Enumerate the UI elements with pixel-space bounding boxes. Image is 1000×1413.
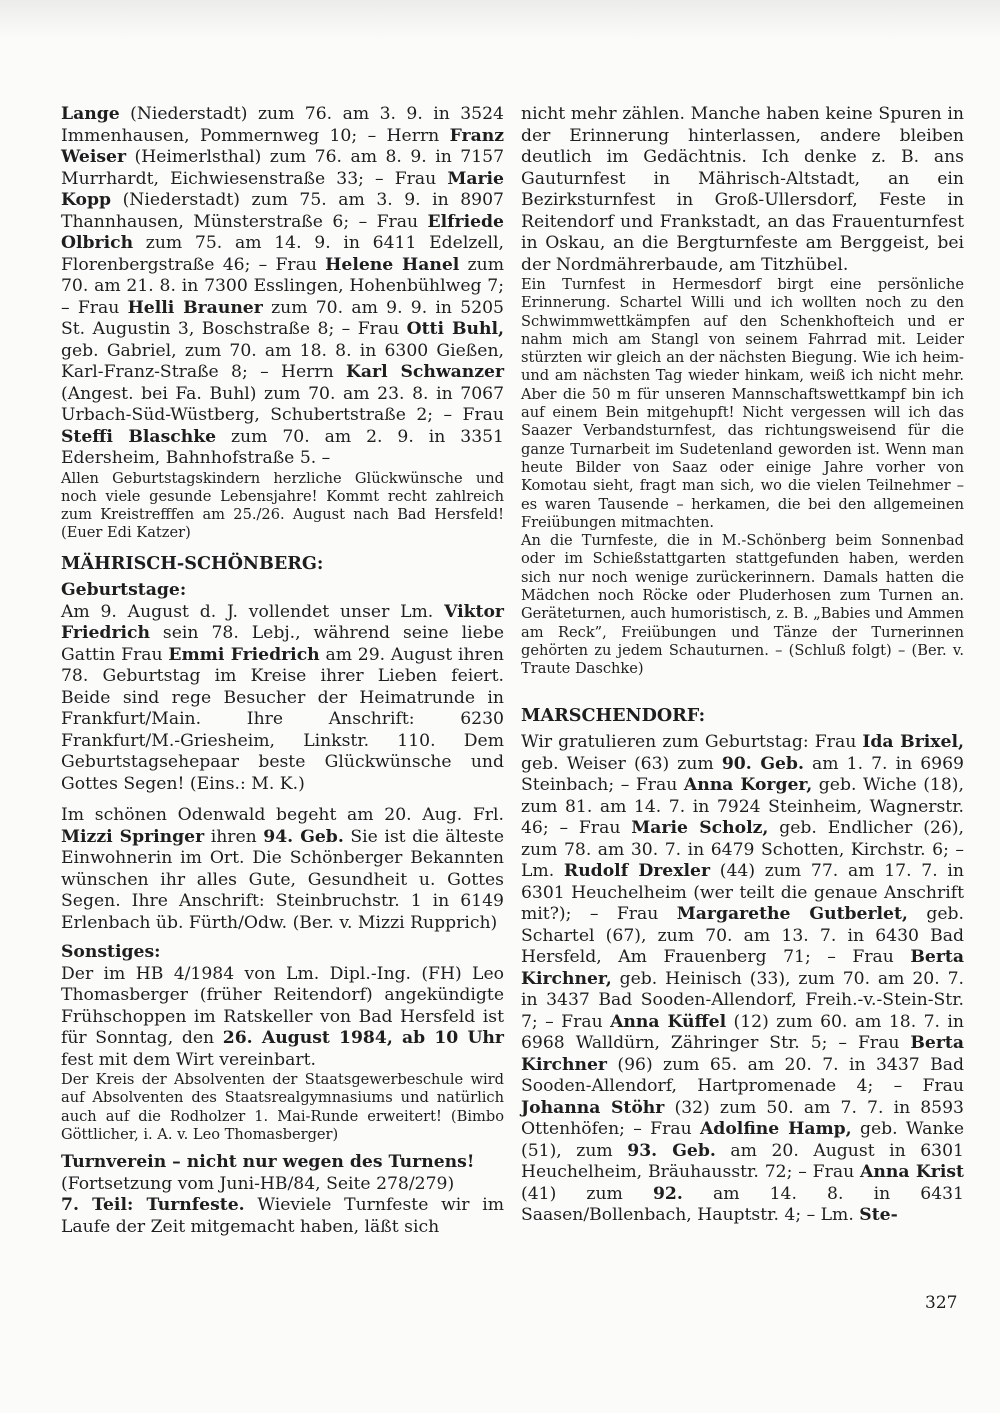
bold-name: 90. Geb. xyxy=(722,754,804,774)
article-title: Turnverein – nicht nur wegen des Turnens… xyxy=(61,1152,504,1174)
bold-name: 94. Geb. xyxy=(263,827,344,847)
bold-name: Helli Brauner xyxy=(128,298,263,318)
text-run: (41) zum xyxy=(521,1184,653,1204)
text-run: Im schönen Odenwald begeht am 20. Aug. F… xyxy=(61,805,504,825)
bold-name: Johanna Stöhr xyxy=(521,1098,664,1118)
text-run: am 29. August ihren 78. Geburtstag im Kr… xyxy=(61,645,504,794)
text-run: geb. Weiser (63) zum xyxy=(521,754,722,774)
right-column: nicht mehr zählen. Manche haben keine Sp… xyxy=(521,104,964,1227)
article-paragraph-start: 7. Teil: Turnfeste. Wieviele Turnfeste w… xyxy=(61,1195,504,1238)
bold-name: Ste- xyxy=(859,1205,897,1225)
bold-name: 92. xyxy=(653,1184,683,1204)
bold-name: 7. Teil: Turnfeste. xyxy=(61,1195,245,1215)
bold-name: Rudolf Drexler xyxy=(564,861,710,881)
bold-name: Anna Korger, xyxy=(684,775,812,795)
article-continuation: nicht mehr zählen. Manche haben keine Sp… xyxy=(521,104,964,276)
bold-name: Margarethe Gutberlet, xyxy=(677,904,908,924)
marschendorf-birthdays: Wir gratulieren zum Geburtstag: Frau Ida… xyxy=(521,732,964,1227)
bold-name: Ida Brixel, xyxy=(862,732,964,752)
page-number: 327 xyxy=(925,1293,957,1313)
text-run: (Niederstadt) zum 76. am 3. 9. in 3524 I… xyxy=(61,104,504,146)
text-run: fest mit dem Wirt vereinbart. xyxy=(61,1050,316,1070)
section-heading-maehrisch-schoenberg: MÄHRISCH-SCHÖNBERG: xyxy=(61,553,504,575)
text-run: Wir gratulieren zum Geburtstag: Frau xyxy=(521,732,862,752)
text-run: ihren xyxy=(204,827,263,847)
bold-name: 26. August 1984, ab 10 Uhr xyxy=(223,1028,504,1048)
article-paragraph-hermesdorf: Ein Turnfest in Hermesdorf birgt eine pe… xyxy=(521,276,964,532)
bold-name: Mizzi Springer xyxy=(61,827,204,847)
bold-name: Anna Krist xyxy=(860,1162,964,1182)
article-paragraph-schoenberg: An die Turnfeste, die in M.-Schönberg be… xyxy=(521,532,964,678)
birthday-paragraph-springer: Im schönen Odenwald begeht am 20. Aug. F… xyxy=(61,805,504,934)
bold-name: Karl Schwanzer xyxy=(346,362,504,382)
bold-name: Lange xyxy=(61,104,120,124)
article-subtitle: (Fortsetzung vom Juni-HB/84, Seite 278/2… xyxy=(61,1174,504,1196)
bold-name: Helene Hanel xyxy=(325,255,459,275)
text-run: (Angest. bei Fa. Buhl) zum 70. am 23. 8.… xyxy=(61,384,504,426)
section-heading-marschendorf: MARSCHENDORF: xyxy=(521,705,964,727)
subheading-misc: Sonstiges: xyxy=(61,942,504,964)
birthday-list-intro: Lange (Niederstadt) zum 76. am 3. 9. in … xyxy=(61,104,504,470)
bold-name: 93. Geb. xyxy=(627,1141,716,1161)
left-column: Lange (Niederstadt) zum 76. am 3. 9. in … xyxy=(61,104,504,1238)
bold-name: Adolfine Hamp, xyxy=(700,1119,852,1139)
scan-top-edge xyxy=(0,0,1000,40)
birthday-greeting: Allen Geburtstagskindern herzliche Glück… xyxy=(61,470,504,543)
subheading-birthdays: Geburtstage: xyxy=(61,580,504,602)
bold-name: Emmi Friedrich xyxy=(168,645,319,665)
text-run: Am 9. August d. J. vollendet unser Lm. xyxy=(61,602,444,622)
text-run: (Heimerlsthal) zum 76. am 8. 9. in 7157 … xyxy=(61,147,504,189)
bold-name: Marie Scholz, xyxy=(631,818,768,838)
bold-name: Anna Küffel xyxy=(610,1012,726,1032)
bold-name: Otti Buhl, xyxy=(407,319,504,339)
misc-paragraph-absolventen: Der Kreis der Absolventen der Staatsgewe… xyxy=(61,1071,504,1144)
bold-name: Steffi Blaschke xyxy=(61,427,216,447)
misc-paragraph-fruehschoppen: Der im HB 4/1984 von Lm. Dipl.-Ing. (FH)… xyxy=(61,964,504,1072)
birthday-paragraph-friedrich: Am 9. August d. J. vollendet unser Lm. V… xyxy=(61,602,504,796)
